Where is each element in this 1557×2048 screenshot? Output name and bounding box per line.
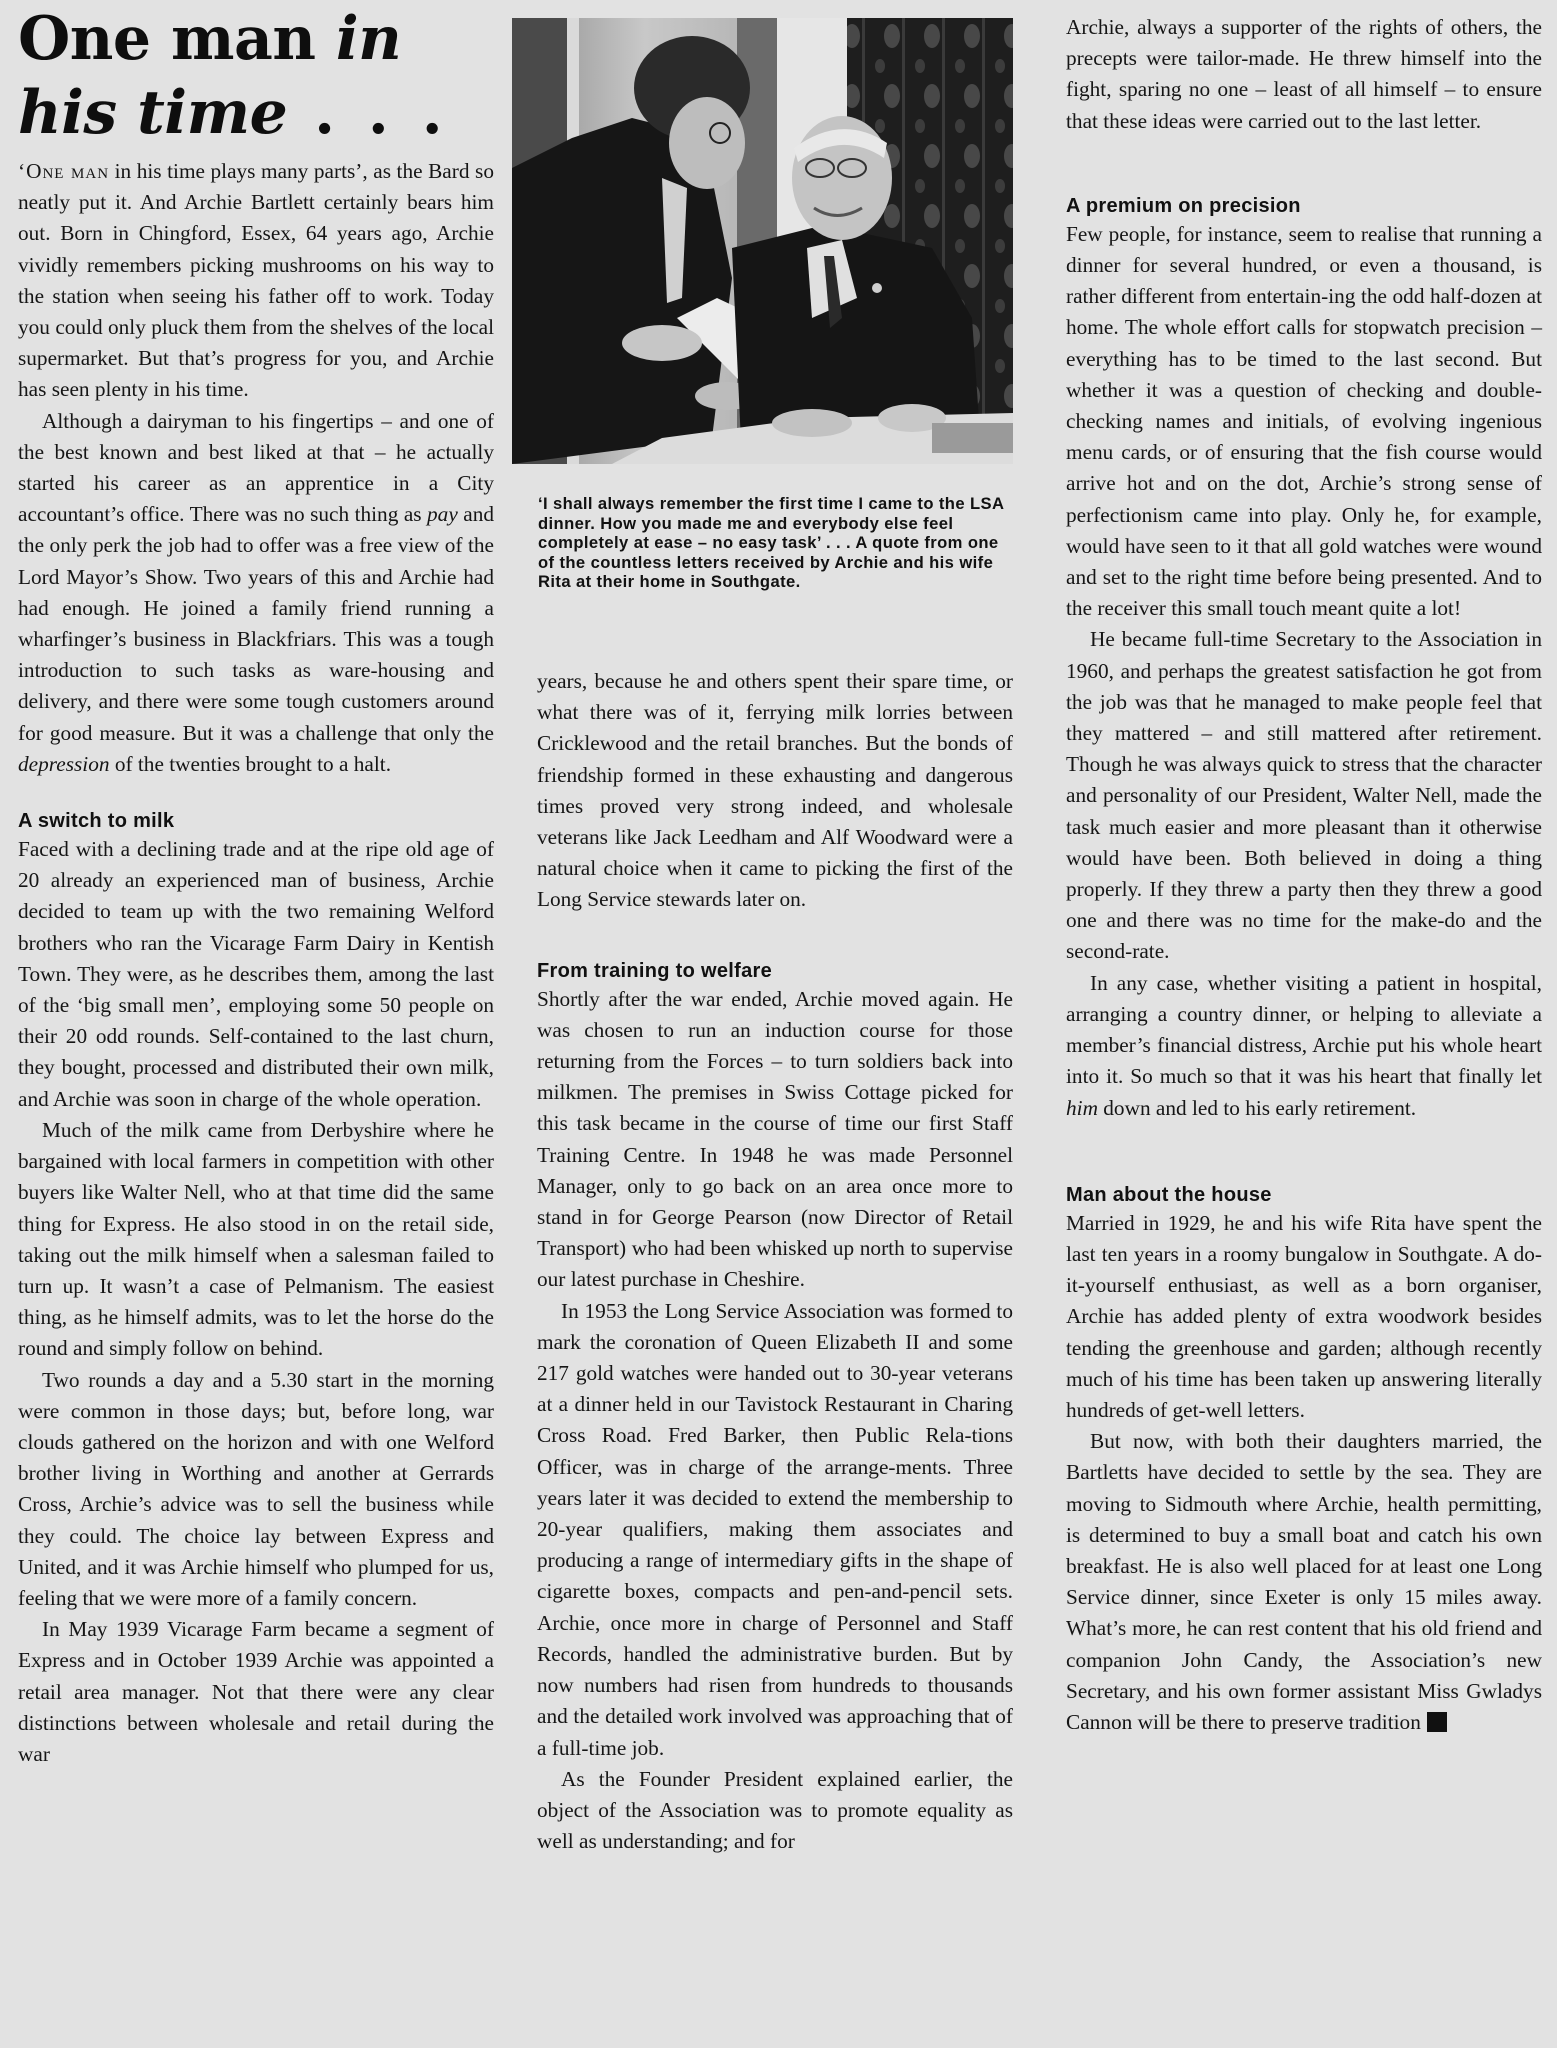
paragraph-text: of the twenties brought to a halt. <box>110 752 392 776</box>
paragraph-married-1929: Married in 1929, he and his wife Rita ha… <box>1066 1208 1542 1426</box>
paragraph-two-rounds: Two rounds a day and a 5.30 start in the… <box>18 1365 494 1615</box>
paragraph-text: down and led to his early retirement. <box>1098 1096 1416 1120</box>
headline-italic-his-time: his time <box>18 78 287 148</box>
photo-caption: ‘I shall always remember the first time … <box>538 494 1018 592</box>
intro-smallcaps: ‘One man <box>18 159 109 183</box>
right-column: Archie, always a supporter of the rights… <box>1066 12 1542 1738</box>
middle-column: years, because he and others spent their… <box>537 666 1013 1857</box>
paragraph-supporter-of-rights: Archie, always a supporter of the rights… <box>1066 12 1542 137</box>
intro-text: in his time plays many parts’, as the Ba… <box>18 159 494 401</box>
paragraph-career-start: Although a dairyman to his fingertips – … <box>18 406 494 780</box>
paragraph-founder-president: As the Founder President explained earli… <box>537 1764 1013 1858</box>
emphasis-pay: pay <box>427 502 458 526</box>
paragraph-secretary-1960: He became full-time Secretary to the Ass… <box>1066 624 1542 967</box>
left-column: One man in his time . . . ‘One man in hi… <box>18 0 494 1770</box>
subhead-man-about-the-house: Man about the house <box>1066 1182 1542 1208</box>
paragraph-text: In any case, whether visiting a patient … <box>1066 971 1542 1089</box>
paragraph-after-war: Shortly after the war ended, Archie move… <box>537 984 1013 1296</box>
intro-paragraph: ‘One man in his time plays many parts’, … <box>18 156 494 406</box>
article-photo <box>512 18 1013 464</box>
paragraph-derbyshire: Much of the milk came from Derbyshire wh… <box>18 1115 494 1365</box>
paragraph-text: Although a dairyman to his fingertips – … <box>18 409 494 527</box>
end-of-article-mark <box>1427 1712 1447 1732</box>
emphasis-depression: depression <box>18 752 110 776</box>
subhead-switch-to-milk: A switch to milk <box>18 808 494 834</box>
paragraph-welford-dairy: Faced with a declining trade and at the … <box>18 834 494 1115</box>
article-headline: One man in his time . . . <box>18 2 494 150</box>
paragraph-may-1939: In May 1939 Vicarage Farm became a segme… <box>18 1614 494 1770</box>
headline-ellipsis: . . . <box>287 78 448 148</box>
paragraph-1953-association: In 1953 the Long Service Association was… <box>537 1296 1013 1764</box>
photo-archie-and-rita <box>512 18 1013 464</box>
paragraph-sidmouth: But now, with both their daughters marri… <box>1066 1426 1542 1738</box>
paragraph-precision: Few people, for instance, seem to realis… <box>1066 219 1542 625</box>
subhead-training-to-welfare: From training to welfare <box>537 958 1013 984</box>
headline-italic-in: in <box>336 4 401 74</box>
emphasis-him: him <box>1066 1096 1098 1120</box>
subhead-premium-on-precision: A premium on precision <box>1066 193 1542 219</box>
headline-roman: One man <box>18 4 336 74</box>
paragraph-war-years: years, because he and others spent their… <box>537 666 1013 916</box>
paragraph-whole-heart: In any case, whether visiting a patient … <box>1066 968 1542 1124</box>
paragraph-text: But now, with both their daughters marri… <box>1066 1429 1542 1734</box>
paragraph-text: and the only perk the job had to offer w… <box>18 502 494 744</box>
